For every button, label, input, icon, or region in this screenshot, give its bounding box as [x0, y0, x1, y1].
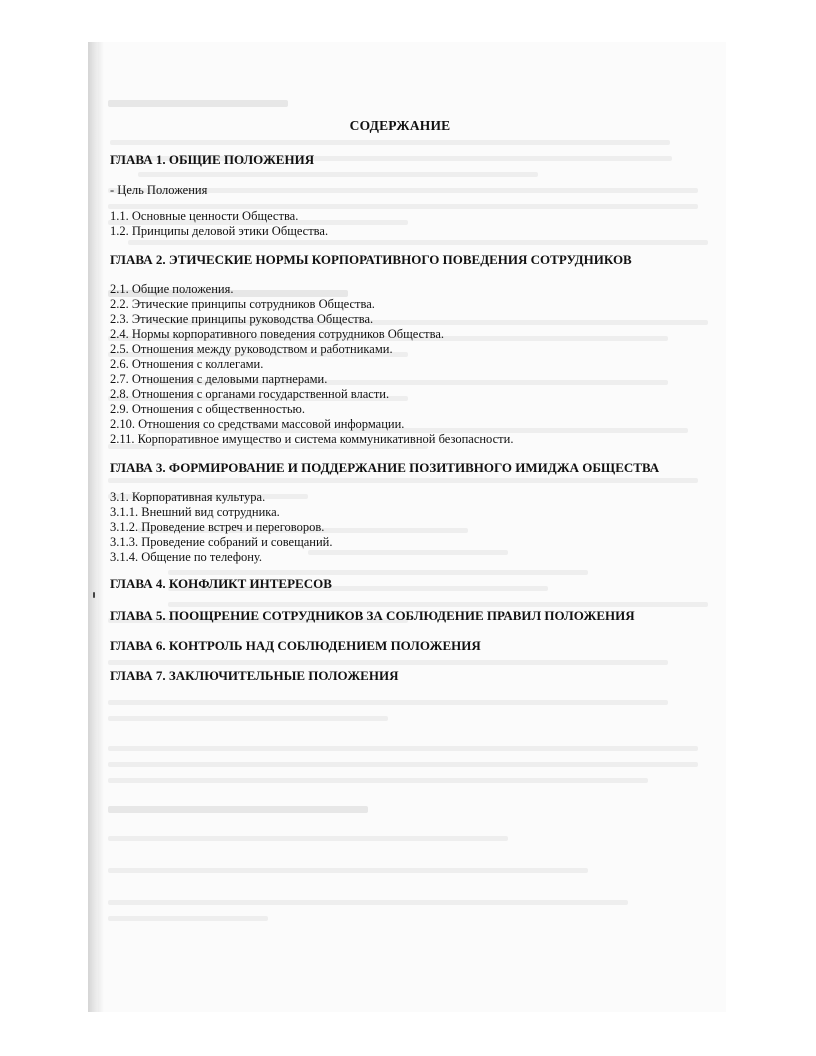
chapter-heading-5: ГЛАВА 5. ПООЩРЕНИЕ СОТРУДНИКОВ ЗА СОБЛЮД…: [110, 608, 635, 624]
page-binding-edge: [88, 42, 98, 1012]
toc-item: 2.3. Этические принципы руководства Обще…: [110, 312, 373, 327]
toc-item: 3.1.2. Проведение встреч и переговоров.: [110, 520, 324, 535]
toc-item: 2.9. Отношения с общественностью.: [110, 402, 305, 417]
scan-artifact-mark: [93, 592, 95, 598]
page-title: СОДЕРЖАНИЕ: [110, 118, 690, 134]
chapter-heading-1: ГЛАВА 1. ОБЩИЕ ПОЛОЖЕНИЯ: [110, 152, 314, 168]
toc-item: 2.11. Корпоративное имущество и система …: [110, 432, 513, 447]
page-binding-shadow: [98, 42, 104, 1012]
chapter-heading-6: ГЛАВА 6. КОНТРОЛЬ НАД СОБЛЮДЕНИЕМ ПОЛОЖЕ…: [110, 638, 481, 654]
toc-item: 3.1.4. Общение по телефону.: [110, 550, 262, 565]
toc-item: 2.7. Отношения с деловыми партнерами.: [110, 372, 327, 387]
toc-item: 3.1.1. Внешний вид сотрудника.: [110, 505, 280, 520]
toc-item: 3.1.3. Проведение собраний и совещаний.: [110, 535, 332, 550]
toc-item: 1.2. Принципы деловой этики Общества.: [110, 224, 328, 239]
toc-item: 2.6. Отношения с коллегами.: [110, 357, 263, 372]
toc-item: 2.2. Этические принципы сотрудников Обще…: [110, 297, 375, 312]
toc-item: 2.10. Отношения со средствами массовой и…: [110, 417, 404, 432]
toc-item: 2.8. Отношения с органами государственно…: [110, 387, 389, 402]
chapter-heading-4: ГЛАВА 4. КОНФЛИКТ ИНТЕРЕСОВ: [110, 576, 332, 592]
toc-item: 2.4. Нормы корпоративного поведения сотр…: [110, 327, 444, 342]
toc-item: 1.1. Основные ценности Общества.: [110, 209, 298, 224]
toc-item: 2.1. Общие положения.: [110, 282, 233, 297]
chapter-heading-2: ГЛАВА 2. ЭТИЧЕСКИЕ НОРМЫ КОРПОРАТИВНОГО …: [110, 252, 632, 268]
toc-item: 2.5. Отношения между руководством и рабо…: [110, 342, 393, 357]
toc-item: 3.1. Корпоративная культура.: [110, 490, 265, 505]
chapter-heading-3: ГЛАВА 3. ФОРМИРОВАНИЕ И ПОДДЕРЖАНИЕ ПОЗИ…: [110, 460, 659, 476]
toc-item: - Цель Положения: [110, 183, 207, 198]
chapter-heading-7: ГЛАВА 7. ЗАКЛЮЧИТЕЛЬНЫЕ ПОЛОЖЕНИЯ: [110, 668, 398, 684]
